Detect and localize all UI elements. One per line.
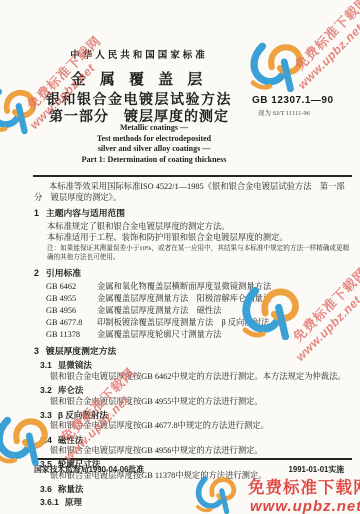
- method-name: 磁性法: [58, 435, 84, 446]
- method-name: 显微镜法: [58, 360, 92, 371]
- method-heading: 3.1 显微镜法: [34, 360, 352, 371]
- section-heading-references: 2 引用标准: [34, 268, 352, 279]
- title-en-line2: Test methods for electrodeposited: [0, 134, 308, 145]
- method-number: 3.1: [40, 360, 52, 371]
- scope-note: 注：如果能保证其测量误差小于10%，或者在某一应用中，其结果与本标准中规定的方法…: [47, 245, 352, 263]
- standard-document-page: 中华人民共和国国家标准 金 属 覆 盖 层 银和银合金电镀层试验方法 第一部分 …: [0, 0, 360, 514]
- method-name: 库仑法: [58, 385, 84, 396]
- reference-row: GB 4677.8 印制板镀涂覆盖层厚度测量方法 β 反向散射法: [34, 318, 352, 329]
- section-title: 主题内容与适用范围: [46, 208, 125, 219]
- reference-row: GB 6462 金属和氧化物覆盖层横断面厚度显微镜测量方法: [34, 282, 352, 293]
- title-en-line1: Metallic coatings —: [0, 123, 308, 134]
- scope-paragraph: 本标准适用于工程、装饰和防护用银和银合金电镀层厚度的测定。: [34, 233, 352, 244]
- reference-row: GB 11378 金属覆盖层厚度轮廓尺寸测量方法: [34, 330, 352, 341]
- reference-code: GB 11378: [46, 330, 89, 341]
- document-content: 中华人民共和国国家标准 金 属 覆 盖 层 银和银合金电镀层试验方法 第一部分 …: [0, 0, 360, 514]
- method-number: 3.4: [40, 435, 52, 446]
- section-number: 2: [34, 268, 39, 279]
- reference-row: GB 4955 金属覆盖层厚度测量方法 阳极溶解库仑测量法: [34, 294, 352, 305]
- method-text: 银和银合金电镀层厚度按GB 4955中规定的方法进行测定。: [34, 397, 352, 408]
- title-en: Metallic coatings — Test methods for ele…: [0, 123, 308, 165]
- reference-code: GB 4677.8: [46, 318, 89, 329]
- title-cn-line1: 金 属 覆 盖 层: [0, 68, 278, 89]
- reference-title: 金属覆盖层厚度轮廓尺寸测量方法: [97, 330, 221, 341]
- scope-paragraph: 本标准规定了银和银合金电镀层厚度的测定方法。: [34, 222, 352, 233]
- reference-title: 金属覆盖层厚度测量方法 阳极溶解库仑测量法: [97, 294, 271, 305]
- method-heading: 3.3 β 反向散射法: [34, 410, 352, 421]
- method-name: 称量法: [58, 484, 84, 495]
- reference-title: 印制板镀涂覆盖层厚度测量方法 β 反向散射法: [97, 318, 269, 329]
- method-number: 3.6: [40, 484, 52, 495]
- method-number: 3.2: [40, 385, 52, 396]
- title-en-line3: silver and silver alloy coatings —: [0, 144, 308, 155]
- footer-effective: 1991-01-01实施: [289, 464, 344, 475]
- method-number: 3.3: [40, 410, 52, 421]
- method-text: 银和银合金电镀层厚度按GB 4677.8中规定的方法进行测定。: [34, 421, 352, 432]
- method-heading: 3.2 库仑法: [34, 385, 352, 396]
- reference-title: 金属和氧化物覆盖层横断面厚度显微镜测量方法: [97, 282, 271, 293]
- national-standard-label: 中华人民共和国国家标准: [0, 47, 278, 61]
- reference-code: GB 6462: [46, 282, 89, 293]
- method-heading: 3.4 磁性法: [34, 435, 352, 446]
- section-title: 镀层厚度测定方法: [46, 346, 116, 357]
- reference-code: GB 4956: [46, 306, 89, 317]
- method-name: β 反向散射法: [58, 410, 108, 421]
- section-title: 引用标准: [46, 268, 81, 279]
- method-text: 银和银合金电镀层厚度按GB 6462中规定的方法进行测定。本方法规定为仲裁法。: [34, 372, 352, 383]
- section-number: 3: [34, 346, 39, 357]
- section-heading-methods: 3 镀层厚度测定方法: [34, 346, 352, 357]
- intro-paragraph: 本标准等效采用国际标准ISO 4522/1—1985《银和银合金电镀层试验方法 …: [34, 182, 352, 203]
- standard-note: 现为 SJ/T 11111-96: [258, 108, 310, 117]
- standard-code: GB 12307.1—90: [252, 95, 334, 106]
- document-body: 本标准等效采用国际标准ISO 4522/1—1985《银和银合金电镀层试验方法 …: [34, 182, 352, 509]
- reference-code: GB 4955: [46, 294, 89, 305]
- title-en-line4: Part 1: Determination of coating thickne…: [0, 155, 308, 166]
- reference-row: GB 4956 金属覆盖层厚度测量方法 磁性法: [34, 306, 352, 317]
- section-heading-scope: 1 主题内容与适用范围: [34, 208, 352, 219]
- method-heading: 3.6.1 原理: [34, 497, 352, 508]
- method-heading: 3.6 称量法: [34, 484, 352, 495]
- method-name: 原理: [65, 497, 82, 508]
- header-divider: [33, 175, 352, 177]
- footer-approved: 国家技术监督局1990-04-06批准: [34, 464, 144, 475]
- footer-divider: [33, 458, 352, 460]
- reference-title: 金属覆盖层厚度测量方法 磁性法: [97, 306, 221, 317]
- method-text: 银和银合金电镀层厚度按GB 4956中规定的方法进行测定。: [34, 446, 352, 457]
- section-number: 1: [34, 208, 39, 219]
- method-number: 3.6.1: [40, 497, 59, 508]
